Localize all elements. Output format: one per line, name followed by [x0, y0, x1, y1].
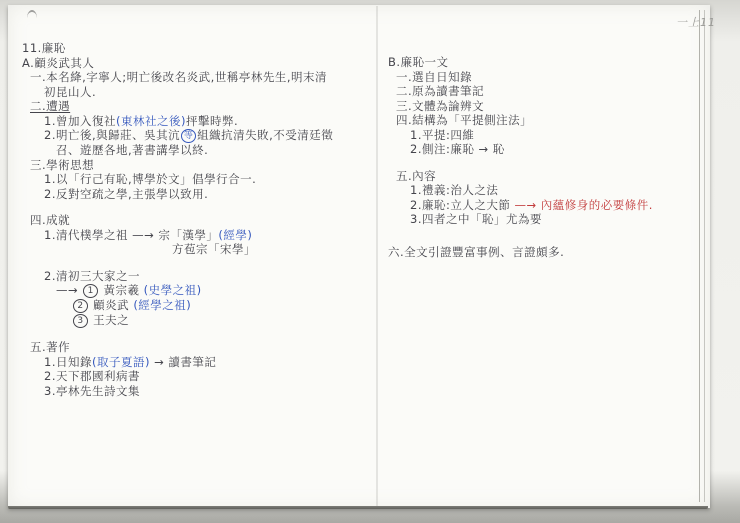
note-line: 3.亭林先生詩文集	[44, 384, 372, 399]
note-line: 2.反對空疏之學,主張學以致用.	[44, 187, 372, 202]
note-text: 四.成就	[30, 213, 70, 227]
page-edge-line	[699, 10, 700, 502]
note-text: 方苞宗「宋學」	[172, 242, 256, 256]
note-text: 2.明亡後,與歸莊、吳其沆	[44, 128, 180, 142]
note-line: 二.原為讀書筆記	[396, 84, 698, 99]
circled-annotation: 3	[73, 314, 88, 328]
note-line: 1.平提:四維	[410, 128, 698, 143]
note-text: 1.以「行己有恥,博學於文」倡學行合一.	[44, 172, 256, 186]
note-text: 抨擊時弊.	[186, 114, 238, 128]
note-line: 1.清代樸學之祖 —→ 宗「漢學」(經學)	[44, 228, 372, 243]
note-line: 2.側注:廉恥 → 恥	[410, 142, 698, 157]
left-page-notes: 11.廉恥A.顧炎武其人一.本名絳,字寧人;明亡後改名炎武,世稱亭林先生,明末清…	[22, 41, 372, 398]
note-line: 1.曾加入復社(東林社之後)抨擊時弊.	[44, 114, 372, 129]
note-line: 六.全文引證豐富事例、言證頗多.	[388, 245, 698, 260]
note-line: 四.成就	[30, 213, 372, 228]
note-text: 3.亭林先生詩文集	[44, 384, 140, 398]
note-text: 王夫之	[89, 313, 129, 327]
note-text: 初昆山人.	[44, 85, 96, 99]
scan-bottom-shadow	[8, 506, 708, 509]
note-line: 一.選自日知錄	[396, 70, 698, 85]
note-text: —→	[56, 283, 82, 297]
page-corner-label: 一上11	[676, 14, 716, 30]
note-line: 2.廉恥:立人之大節 —→ 內蘊修身的必要條件.	[410, 198, 698, 213]
note-line: 四.結構為「平提側注法」	[396, 113, 698, 128]
page-crease	[376, 6, 378, 506]
note-text: → 讀書筆記	[150, 355, 216, 369]
note-text: (史學之祖)	[144, 283, 202, 297]
note-line: 3.四者之中「恥」尤為要	[410, 212, 698, 227]
note-line: 五.著作	[30, 340, 372, 355]
note-line: 2.明亡後,與歸莊、吳其沆等組織抗清失敗,不受清廷徵	[44, 128, 372, 143]
note-text: 1.清代樸學之祖 —→ 宗「漢學」	[44, 228, 218, 242]
note-text: 1.平提:四維	[410, 128, 474, 142]
note-text: 四.結構為「平提側注法」	[396, 113, 532, 127]
note-text: 六.全文引證豐富事例、言證頗多.	[388, 245, 564, 259]
note-text: 一.選自日知錄	[396, 70, 472, 84]
note-text: 2.反對空疏之學,主張學以致用.	[44, 187, 208, 201]
note-line: 1.日知錄(取子夏語) → 讀書筆記	[44, 355, 372, 370]
note-line: 1.禮義:治人之法	[410, 183, 698, 198]
circled-annotation: 1	[83, 284, 98, 298]
note-text: 五.內容	[396, 169, 436, 183]
note-line: 一.本名絳,字寧人;明亡後改名炎武,世稱亭林先生,明末清	[30, 70, 372, 85]
note-text: (取子夏語)	[92, 355, 150, 369]
note-line: 召、遊歷各地,著書講學以終.	[56, 143, 372, 158]
note-text: 一.本名絳,字寧人;明亡後改名炎武,世稱亭林先生,明末清	[30, 70, 327, 84]
note-line: 2.天下郡國利病書	[44, 369, 372, 384]
note-text: A.顧炎武其人	[22, 56, 94, 70]
note-line: 3 王夫之	[72, 313, 372, 328]
note-text: 2.清初三大家之一	[44, 269, 140, 283]
note-text: 顧炎武	[89, 298, 133, 312]
note-text: 1.日知錄	[44, 355, 92, 369]
note-line: 三.學術思想	[30, 158, 372, 173]
note-line: 1.以「行己有恥,博學於文」倡學行合一.	[44, 172, 372, 187]
note-line: 2.清初三大家之一	[44, 269, 372, 284]
note-text: 五.著作	[30, 340, 70, 354]
note-line: 二.遭遇	[30, 99, 372, 114]
circled-annotation: 2	[73, 299, 88, 313]
note-text: 召、遊歷各地,著書講學以終.	[56, 143, 208, 157]
note-text: 二.原為讀書筆記	[396, 84, 484, 98]
note-text: 三.學術思想	[30, 158, 94, 172]
note-text: 2.側注:廉恥 → 恥	[410, 142, 505, 156]
note-line: B.廉恥一文	[388, 55, 698, 70]
note-text: (經學之祖)	[133, 298, 191, 312]
note-text: B.廉恥一文	[388, 55, 449, 69]
note-line: 方苞宗「宋學」	[172, 242, 372, 257]
circled-annotation: 等	[181, 129, 196, 143]
note-line: 2 顧炎武 (經學之祖)	[72, 298, 372, 313]
note-line: 五.內容	[396, 169, 698, 184]
note-line: A.顧炎武其人	[22, 56, 372, 71]
note-text: (經學)	[218, 228, 252, 242]
note-text: 2.廉恥:立人之大節	[410, 198, 515, 212]
note-text: —→ 內蘊修身的必要條件.	[515, 198, 653, 212]
note-text: 11.廉恥	[22, 41, 66, 55]
note-text: 1.曾加入復社	[44, 114, 116, 128]
note-text: 1.禮義:治人之法	[410, 183, 498, 197]
note-line: —→ 1 黃宗羲 (史學之祖)	[56, 283, 372, 298]
note-line: 11.廉恥	[22, 41, 372, 56]
note-text: 三.文體為論辨文	[396, 99, 484, 113]
note-line: 三.文體為論辨文	[396, 99, 698, 114]
note-text: (東林社之後)	[116, 114, 186, 128]
note-text: 黃宗羲	[99, 283, 143, 297]
note-text: 二.遭遇	[30, 99, 70, 113]
note-line: 初昆山人.	[44, 85, 372, 100]
page-edge-line	[704, 10, 705, 502]
right-page-notes: B.廉恥一文一.選自日知錄二.原為讀書筆記三.文體為論辨文四.結構為「平提側注法…	[388, 55, 698, 259]
note-text: 3.四者之中「恥」尤為要	[410, 212, 542, 226]
note-text: 組織抗清失敗,不受清廷徵	[197, 128, 333, 142]
note-text: 2.天下郡國利病書	[44, 369, 140, 383]
